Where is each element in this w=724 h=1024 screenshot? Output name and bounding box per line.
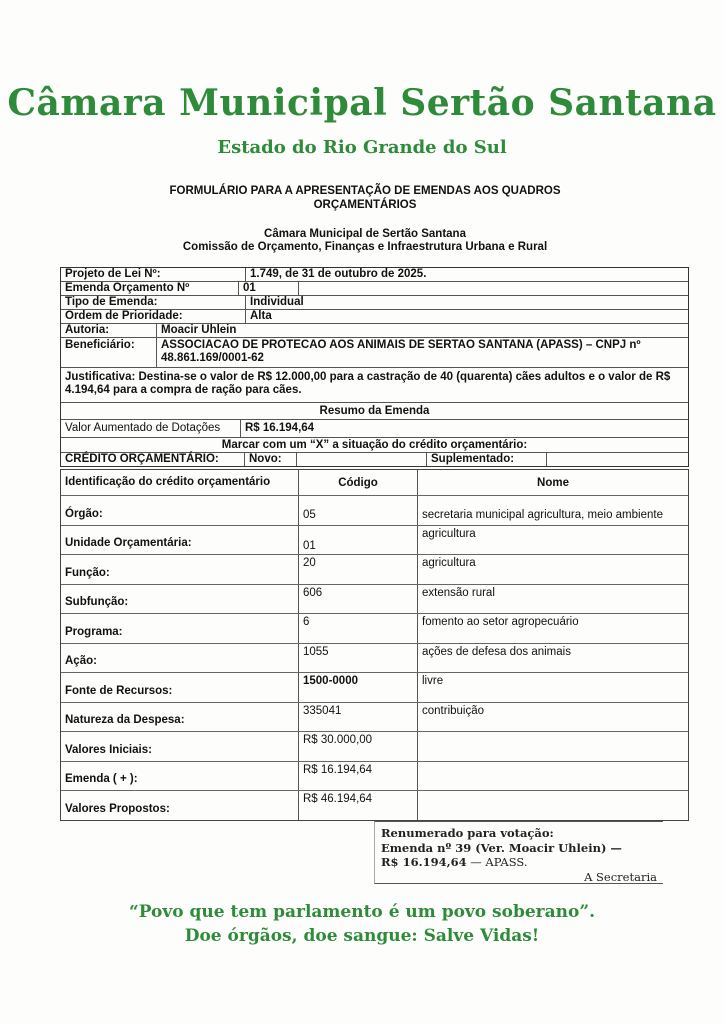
- row-codigo: 335041: [298, 703, 417, 732]
- table-row: Ação:1055ações de defesa dos animais: [61, 643, 688, 673]
- row-label: Emenda ( + ):: [61, 762, 298, 791]
- form-title: FORMULÁRIO PARA A APRESENTAÇÃO DE EMENDA…: [140, 184, 590, 212]
- row-codigo: R$ 30.000,00: [298, 732, 417, 761]
- row-codigo: 05: [298, 496, 417, 525]
- row-nome: livre: [417, 673, 688, 702]
- beneficiario-row: Beneficiário: ASSOCIACAO DE PROTECAO AOS…: [61, 337, 688, 367]
- row-codigo: 1055: [298, 644, 417, 673]
- resumo-row: Resumo da Emenda: [61, 402, 688, 419]
- credit-table-header: Identificação do crédito orçamentário Có…: [61, 470, 688, 495]
- ordem-label: Ordem de Prioridade:: [61, 310, 245, 323]
- row-label: Órgão:: [61, 496, 298, 525]
- row-label: Unidade Orçamentária:: [61, 526, 298, 555]
- row-label: Natureza da Despesa:: [61, 703, 298, 732]
- table-row: Valores Iniciais:R$ 30.000,00: [61, 731, 688, 761]
- motto-line2: Doe órgãos, doe sangue: Salve Vidas!: [0, 924, 724, 948]
- chamber-title: Câmara Municipal Sertão Santana: [0, 82, 724, 124]
- beneficiario-value: ASSOCIACAO DE PROTECAO AOS ANIMAIS DE SE…: [156, 338, 688, 367]
- valor-value: R$ 16.194,64: [240, 420, 688, 437]
- table-row: Programa:6fomento ao setor agropecuário: [61, 613, 688, 643]
- row-codigo: 606: [298, 585, 417, 614]
- suplementado-label: Suplementado:: [426, 453, 546, 466]
- stamp-signature: A Secretaria: [381, 870, 657, 885]
- stamp-line1: Renumerado para votação:: [381, 826, 554, 840]
- beneficiario-label: Beneficiário:: [61, 338, 156, 367]
- credito-label: CRÉDITO ORÇAMENTÁRIO:: [61, 453, 244, 466]
- ordem-value: Alta: [245, 310, 688, 323]
- row-nome: agricultura: [417, 526, 688, 555]
- row-label: Programa:: [61, 614, 298, 643]
- row-nome: [417, 762, 688, 791]
- table-row: Subfunção:606extensão rural: [61, 584, 688, 614]
- tipo-row: Tipo de Emenda: Individual: [61, 295, 688, 309]
- table-row: Função:20agricultura: [61, 554, 688, 584]
- credit-identification-table: Identificação do crédito orçamentário Có…: [60, 469, 689, 821]
- amendment-details-table: Projeto de Lei Nº: 1.749, de 31 de outub…: [60, 267, 689, 467]
- novo-checkbox-field[interactable]: [296, 453, 426, 466]
- suplementado-checkbox-field[interactable]: [546, 453, 688, 466]
- emenda-blank: [298, 282, 688, 295]
- motto-line1: “Povo que tem parlamento é um povo sober…: [0, 900, 724, 924]
- autoria-label: Autoria:: [61, 324, 156, 337]
- row-nome: fomento ao setor agropecuário: [417, 614, 688, 643]
- autoria-value: Moacir Uhlein: [156, 324, 688, 337]
- emenda-value: 01: [238, 282, 298, 295]
- projeto-label: Projeto de Lei Nº:: [61, 268, 245, 281]
- table-row: Fonte de Recursos:1500-0000livre: [61, 672, 688, 702]
- row-label: Ação:: [61, 644, 298, 673]
- tipo-value: Individual: [245, 296, 688, 309]
- table-row: Unidade Orçamentária:01agricultura: [61, 525, 688, 555]
- row-codigo: R$ 16.194,64: [298, 762, 417, 791]
- row-nome: ações de defesa dos animais: [417, 644, 688, 673]
- marcar-row: Marcar com um “X” a situação do crédito …: [61, 437, 688, 452]
- row-nome: secretaria municipal agricultura, meio a…: [417, 496, 688, 525]
- row-nome: [417, 791, 688, 820]
- row-nome: [417, 732, 688, 761]
- row-codigo: 20: [298, 555, 417, 584]
- projeto-row: Projeto de Lei Nº: 1.749, de 31 de outub…: [61, 268, 688, 281]
- row-label: Valores Propostos:: [61, 791, 298, 820]
- row-label: Função:: [61, 555, 298, 584]
- motto: “Povo que tem parlamento é um povo sober…: [0, 900, 724, 948]
- marcar-instruction: Marcar com um “X” a situação do crédito …: [61, 438, 688, 452]
- table-row: Órgão:05secretaria municipal agricultura…: [61, 495, 688, 525]
- header-identificacao: Identificação do crédito orçamentário: [61, 470, 298, 495]
- credito-row: CRÉDITO ORÇAMENTÁRIO: Novo: Suplementado…: [61, 452, 688, 466]
- table-row: Emenda ( + ):R$ 16.194,64: [61, 761, 688, 791]
- row-label: Subfunção:: [61, 585, 298, 614]
- row-codigo: 1500-0000: [298, 673, 417, 702]
- stamp-beneficiary: — APASS.: [467, 855, 528, 869]
- renumbering-stamp: Renumerado para votação: Emenda nº 39 (V…: [374, 821, 663, 884]
- valor-row: Valor Aumentado de Dotações R$ 16.194,64: [61, 419, 688, 437]
- header-nome: Nome: [417, 470, 688, 495]
- stamp-amount: R$ 16.194,64: [381, 855, 467, 869]
- justificativa-text: Justificativa: Destina-se o valor de R$ …: [61, 368, 688, 402]
- organization-block: Câmara Municipal de Sertão Santana Comis…: [120, 228, 610, 254]
- row-label: Valores Iniciais:: [61, 732, 298, 761]
- row-nome: contribuição: [417, 703, 688, 732]
- emenda-row: Emenda Orçamento Nº 01: [61, 281, 688, 295]
- valor-label: Valor Aumentado de Dotações: [61, 420, 240, 437]
- organization-name: Câmara Municipal de Sertão Santana: [120, 228, 610, 241]
- emenda-label: Emenda Orçamento Nº: [61, 282, 238, 295]
- novo-label: Novo:: [244, 453, 296, 466]
- table-row: Natureza da Despesa:335041contribuição: [61, 702, 688, 732]
- row-label: Fonte de Recursos:: [61, 673, 298, 702]
- header-codigo: Código: [298, 470, 417, 495]
- projeto-value: 1.749, de 31 de outubro de 2025.: [245, 268, 688, 281]
- justificativa-row: Justificativa: Destina-se o valor de R$ …: [61, 367, 688, 402]
- resumo-heading: Resumo da Emenda: [61, 403, 688, 419]
- autoria-row: Autoria: Moacir Uhlein: [61, 323, 688, 337]
- stamp-line2: Emenda nº 39 (Ver. Moacir Uhlein) —: [381, 841, 622, 855]
- state-subtitle: Estado do Rio Grande do Sul: [0, 137, 724, 158]
- ordem-row: Ordem de Prioridade: Alta: [61, 309, 688, 323]
- row-codigo: R$ 46.194,64: [298, 791, 417, 820]
- row-nome: extensão rural: [417, 585, 688, 614]
- row-codigo: 01: [298, 526, 417, 555]
- committee-name: Comissão de Orçamento, Finanças e Infrae…: [120, 241, 610, 254]
- row-nome: agricultura: [417, 555, 688, 584]
- row-codigo: 6: [298, 614, 417, 643]
- table-row: Valores Propostos:R$ 46.194,64: [61, 790, 688, 820]
- tipo-label: Tipo de Emenda:: [61, 296, 245, 309]
